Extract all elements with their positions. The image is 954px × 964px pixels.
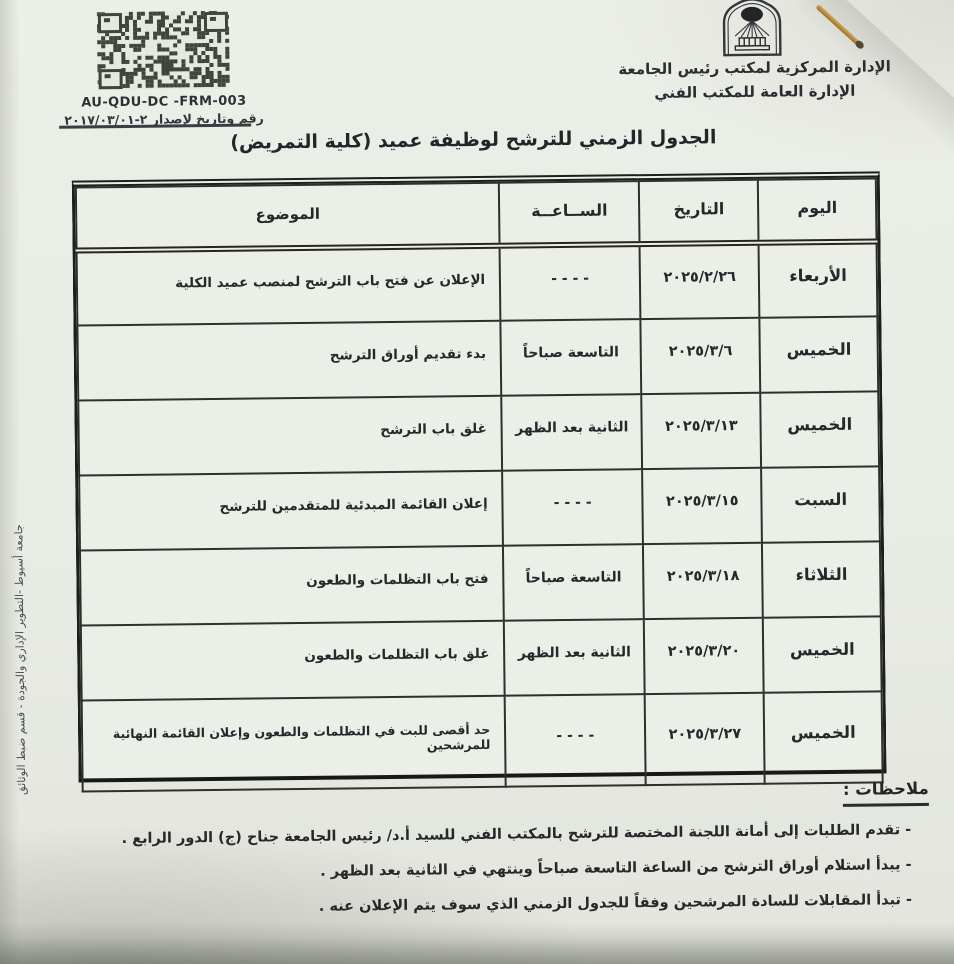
- table-row: الأربعاء ٢٠٢٥/٢/٢٦ - - - - الإعلان عن فت…: [77, 241, 878, 325]
- side-caption: جامعة أسيوط -التطوير الإداري والجودة - ق…: [12, 482, 29, 838]
- day-cell: الخميس: [763, 616, 881, 692]
- subject-cell: إعلان القائمة المبدئية للمتقدمين للترشح: [79, 471, 503, 551]
- org-name-line1: الإدارة المركزية لمكتب رئيس الجامعة: [593, 57, 915, 79]
- note-item: - تبدأ المقابلات للسادة المرشحين وفقاً ل…: [50, 890, 930, 921]
- subject-cell: حد أقصى للبت في التظلمات والطعون وإعلان …: [82, 696, 506, 792]
- date-cell: ٢٠٢٥/٣/١٨: [643, 543, 763, 619]
- table-row: الخميس ٢٠٢٥/٣/٦ التاسعة صباحاً بدء تقديم…: [77, 316, 878, 400]
- qr-block: AU-QDU-DC -FRM-003 رقم وتاريخ لإصدار ٢-٢…: [63, 10, 264, 127]
- pencil: [815, 4, 863, 48]
- time-cell: التاسعة صباحاً: [503, 544, 644, 621]
- time-cell: - - - -: [505, 694, 646, 787]
- day-cell: الثلاثاء: [762, 541, 880, 617]
- qr-finder-icon: [204, 12, 228, 32]
- qr-finder-icon: [98, 13, 122, 33]
- table-row: الخميس ٢٠٢٥/٣/٢٠ الثانية بعد الظهر غلق ب…: [81, 616, 882, 700]
- university-logo-icon: [719, 0, 786, 57]
- table-row: السبت ٢٠٢٥/٣/١٥ - - - - إعلان القائمة ال…: [79, 466, 880, 550]
- table-row: الخميس ٢٠٢٥/٣/١٣ الثانية بعد الظهر غلق ب…: [78, 391, 879, 475]
- date-cell: ٢٠٢٥/٢/٢٦: [640, 243, 760, 319]
- note-item: - تقدم الطلبات إلى أمانة اللجنة المختصة …: [49, 820, 929, 851]
- form-code: AU-QDU-DC -FRM-003: [64, 93, 264, 110]
- subject-cell: بدء تقديم أوراق الترشح: [77, 321, 501, 401]
- date-cell: ٢٠٢٥/٣/١٥: [642, 468, 762, 544]
- subject-cell: غلق باب الترشح: [78, 396, 502, 476]
- col-header-subject: الموضوع: [76, 183, 500, 251]
- date-cell: ٢٠٢٥/٣/٢٧: [645, 693, 765, 785]
- table-row: الثلاثاء ٢٠٢٥/٣/١٨ التاسعة صباحاً فتح با…: [80, 541, 881, 625]
- day-cell: الخميس: [760, 316, 878, 392]
- subject-cell: غلق باب التظلمات والطعون: [81, 621, 505, 701]
- qr-finder-icon: [99, 69, 123, 89]
- subject-cell: فتح باب التظلمات والطعون: [80, 546, 504, 626]
- scanned-document: AU-QDU-DC -FRM-003 رقم وتاريخ لإصدار ٢-٢…: [0, 0, 954, 964]
- col-header-day: اليوم: [758, 178, 876, 242]
- date-cell: ٢٠٢٥/٣/٢٠: [644, 618, 764, 694]
- time-cell: الثانية بعد الظهر: [504, 619, 645, 696]
- notes-title: ملاحظات :: [843, 779, 929, 807]
- day-cell: السبت: [761, 466, 879, 542]
- col-header-time: الســاعــة: [499, 181, 640, 246]
- subject-cell: الإعلان عن فتح باب الترشح لمنصب عميد الك…: [77, 246, 501, 326]
- time-cell: - - - -: [502, 469, 643, 546]
- time-cell: التاسعة صباحاً: [501, 319, 642, 396]
- table-header-row: اليوم التاريخ الســاعــة الموضوع: [76, 178, 877, 250]
- schedule-table: اليوم التاريخ الســاعــة الموضوع الأربعا…: [72, 171, 887, 782]
- table-row: الخميس ٢٠٢٥/٣/٢٧ - - - - حد أقصى للبت في…: [82, 691, 883, 791]
- day-cell: الأربعاء: [759, 241, 877, 317]
- date-cell: ٢٠٢٥/٣/١٣: [641, 393, 761, 469]
- day-cell: الخميس: [761, 391, 879, 467]
- notes-section: ملاحظات : - تقدم الطلبات إلى أمانة اللجن…: [49, 779, 930, 921]
- page-title: الجدول الزمني للترشح لوظيفة عميد (كلية ا…: [0, 124, 950, 157]
- col-header-date: التاريخ: [639, 180, 759, 244]
- time-cell: - - - -: [500, 244, 641, 321]
- day-cell: الخميس: [764, 691, 883, 783]
- qr-code-icon: [97, 11, 230, 90]
- date-cell: ٢٠٢٥/٣/٦: [641, 318, 761, 394]
- note-item: - يبدأ استلام أوراق الترشح من الساعة الت…: [50, 855, 930, 886]
- org-header: الإدارة المركزية لمكتب رئيس الجامعة الإد…: [593, 57, 915, 103]
- time-cell: الثانية بعد الظهر: [501, 394, 642, 471]
- org-name-line2: الإدارة العامة للمكتب الفني: [594, 81, 916, 103]
